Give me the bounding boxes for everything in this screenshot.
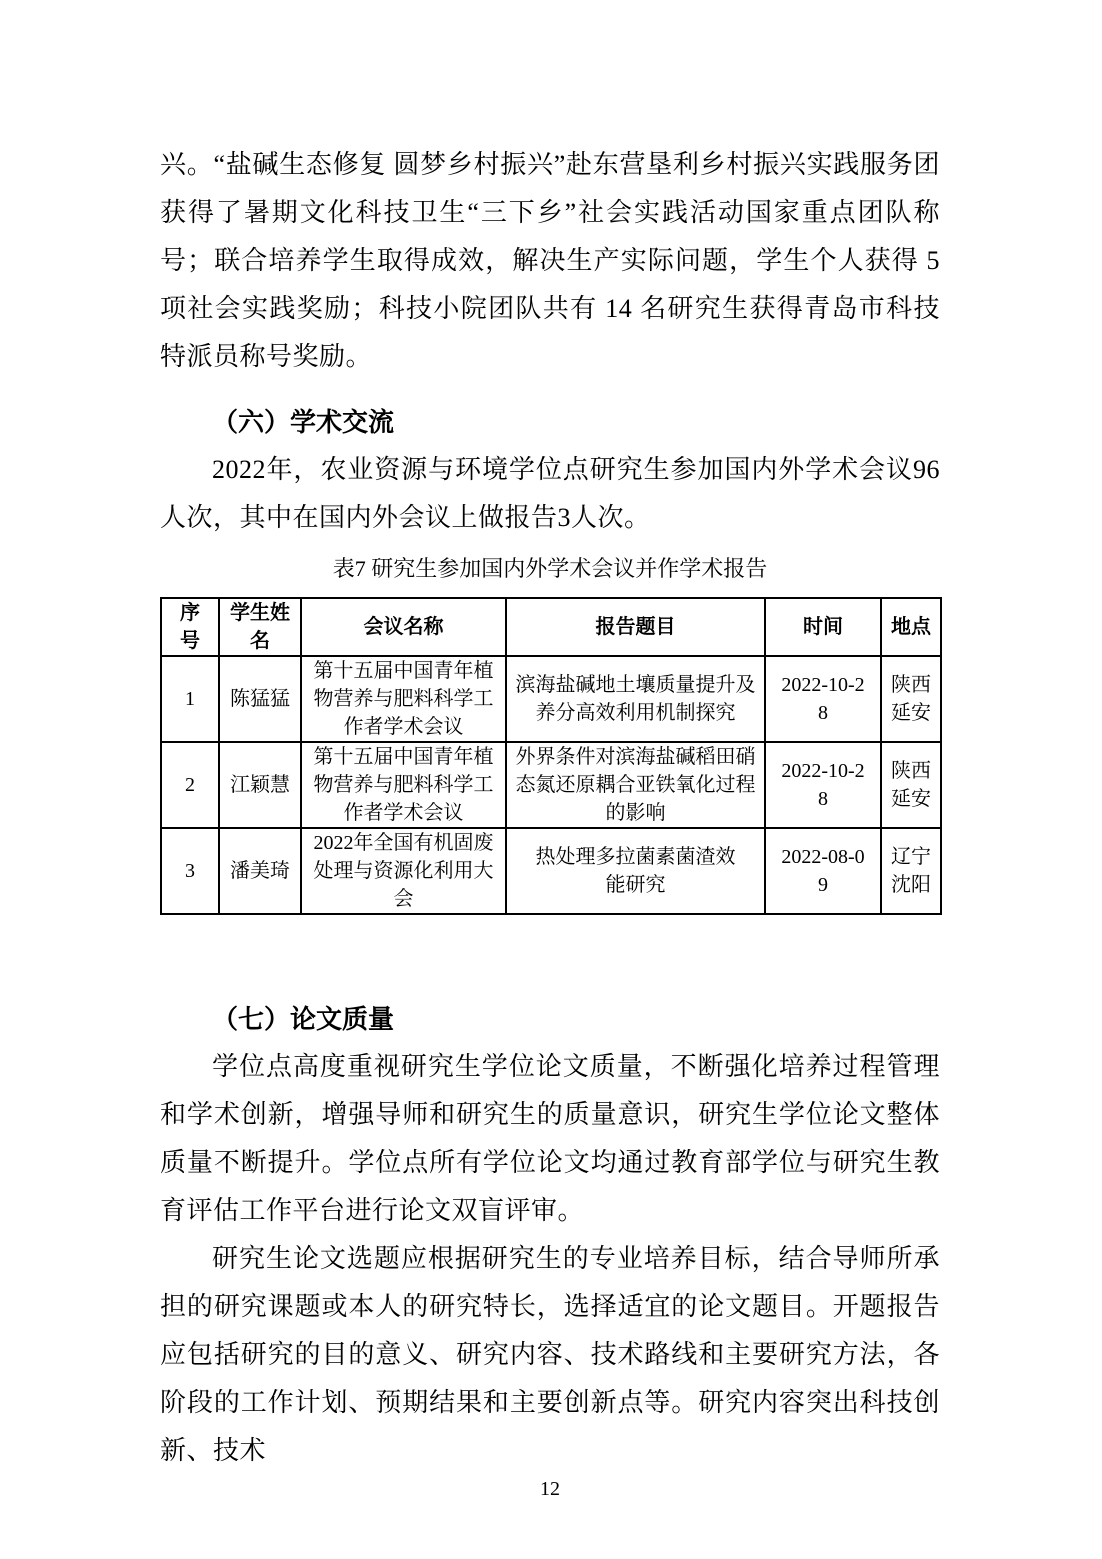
document-page: 兴。“盐碱生态修复 圆梦乡村振兴”赴东营垦利乡村振兴实践服务团获得了暑期文化科技… <box>0 0 1102 1559</box>
page-number: 12 <box>160 1477 940 1501</box>
cell-report-title: 外界条件对滨海盐碱稻田硝 态氮还原耦合亚铁氧化过程 的影响 <box>506 742 765 828</box>
table-caption: 表7 研究生参加国内外学术会议并作学术报告 <box>160 551 940 587</box>
cell-place: 陕西 延安 <box>881 656 941 742</box>
cell-date: 2022-10-2 8 <box>765 656 881 742</box>
header-cell-report-title: 报告题目 <box>506 598 765 656</box>
cell-no: 2 <box>161 742 219 828</box>
page-content: 兴。“盐碱生态修复 圆梦乡村振兴”赴东营垦利乡村振兴实践服务团获得了暑期文化科技… <box>160 141 940 1501</box>
header-cell-no: 序 号 <box>161 598 219 656</box>
header-cell-student-name: 学生姓 名 <box>219 598 301 656</box>
section-heading-6-academic-exchange: （六）学术交流 <box>160 398 940 446</box>
paragraph-social-practice: 兴。“盐碱生态修复 圆梦乡村振兴”赴东营垦利乡村振兴实践服务团获得了暑期文化科技… <box>160 141 940 381</box>
paragraph-thesis-quality: 学位点高度重视研究生学位论文质量，不断强化培养过程管理和学术创新，增强导师和研究… <box>160 1043 940 1235</box>
cell-date: 2022-10-2 8 <box>765 742 881 828</box>
cell-no: 3 <box>161 828 219 914</box>
cell-student-name: 陈猛猛 <box>219 656 301 742</box>
header-cell-conference: 会议名称 <box>301 598 506 656</box>
paragraph-conference-stats: 2022年，农业资源与环境学位点研究生参加国内外学术会议96人次，其中在国内外会… <box>160 446 940 542</box>
header-cell-place: 地点 <box>881 598 941 656</box>
section-heading-7-thesis-quality: （七）论文质量 <box>160 995 940 1043</box>
cell-report-title: 热处理多拉菌素菌渣效 能研究 <box>506 828 765 914</box>
cell-no: 1 <box>161 656 219 742</box>
cell-student-name: 江颖慧 <box>219 742 301 828</box>
header-cell-date: 时间 <box>765 598 881 656</box>
table-row: 3 潘美琦 2022年全国有机固废 处理与资源化利用大 会 热处理多拉菌素菌渣效… <box>161 828 941 914</box>
cell-place: 陕西 延安 <box>881 742 941 828</box>
paragraph-thesis-topic-selection: 研究生论文选题应根据研究生的专业培养目标，结合导师所承担的研究课题或本人的研究特… <box>160 1235 940 1475</box>
table-row: 1 陈猛猛 第十五届中国青年植 物营养与肥料科学工 作者学术会议 滨海盐碱地土壤… <box>161 656 941 742</box>
cell-conference: 2022年全国有机固废 处理与资源化利用大 会 <box>301 828 506 914</box>
conference-report-table: 序 号 学生姓 名 会议名称 报告题目 时间 地点 1 陈猛猛 第十五届中国青年… <box>160 597 942 915</box>
cell-place: 辽宁 沈阳 <box>881 828 941 914</box>
table-header-row: 序 号 学生姓 名 会议名称 报告题目 时间 地点 <box>161 598 941 656</box>
cell-conference: 第十五届中国青年植 物营养与肥料科学工 作者学术会议 <box>301 656 506 742</box>
cell-report-title: 滨海盐碱地土壤质量提升及 养分高效利用机制探究 <box>506 656 765 742</box>
cell-date: 2022-08-0 9 <box>765 828 881 914</box>
cell-student-name: 潘美琦 <box>219 828 301 914</box>
cell-conference: 第十五届中国青年植 物营养与肥料科学工 作者学术会议 <box>301 742 506 828</box>
table-row: 2 江颖慧 第十五届中国青年植 物营养与肥料科学工 作者学术会议 外界条件对滨海… <box>161 742 941 828</box>
